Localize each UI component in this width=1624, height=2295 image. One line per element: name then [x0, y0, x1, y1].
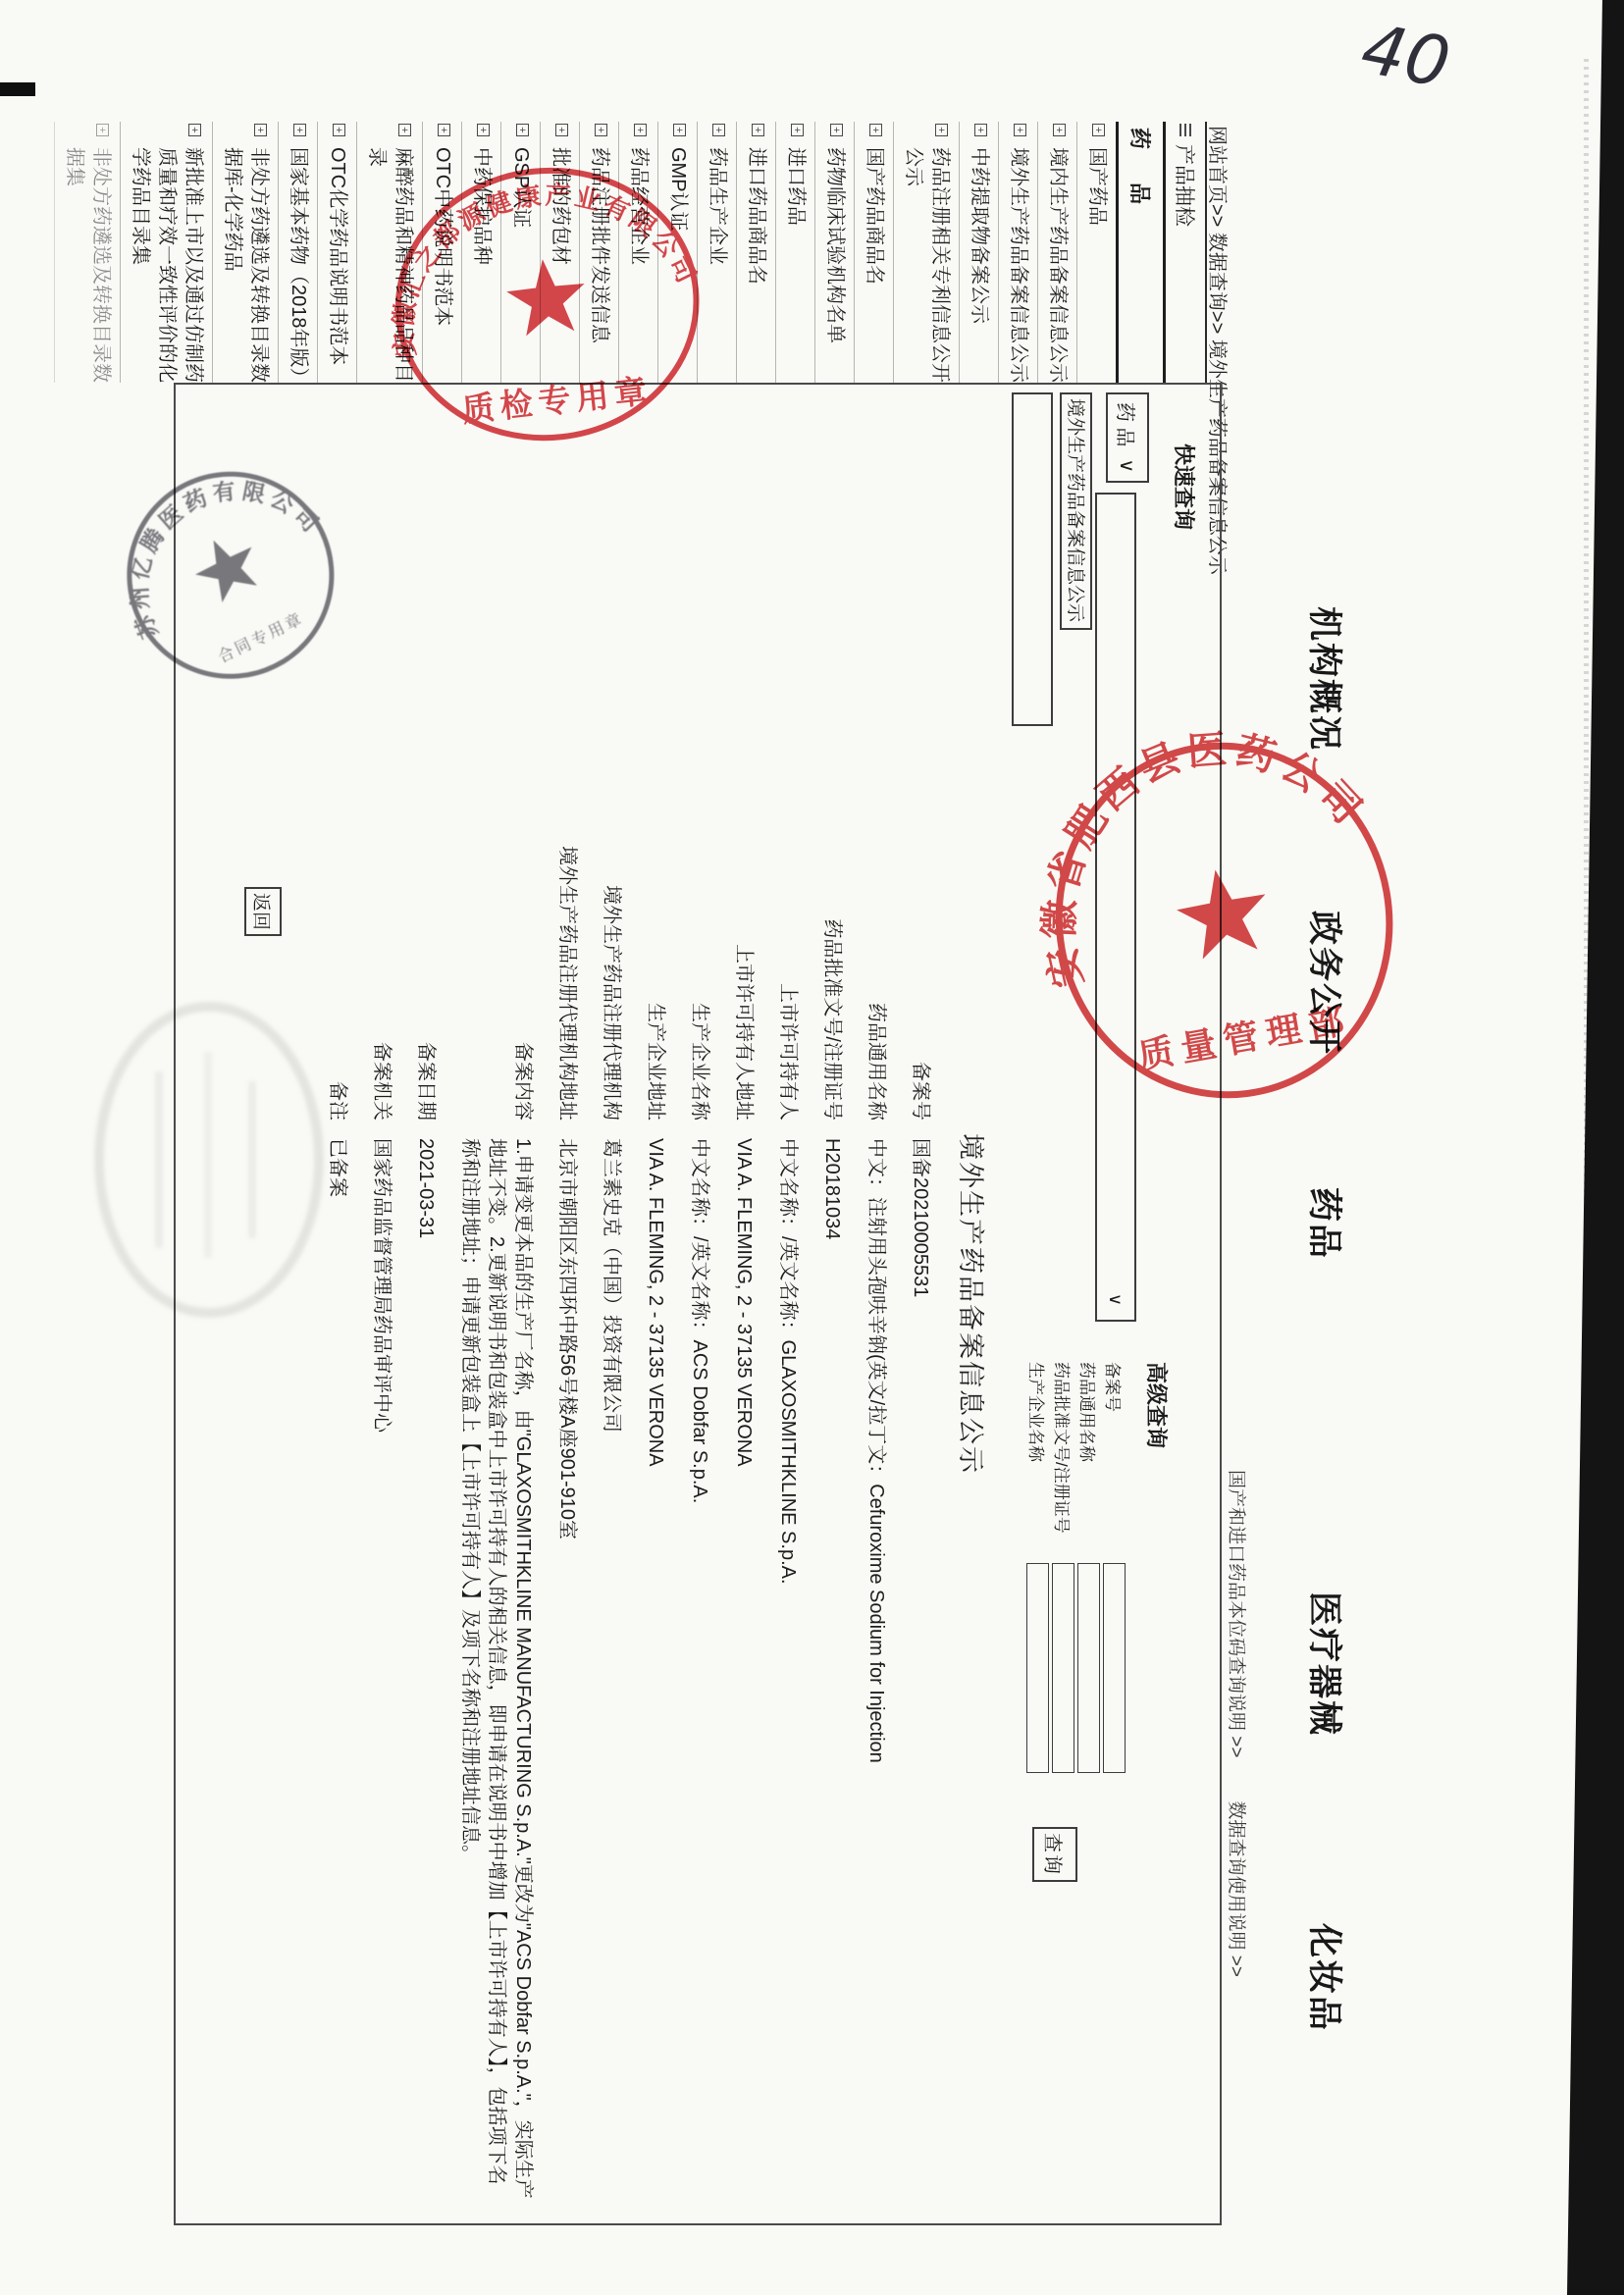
row-label: 备注 [315, 385, 359, 1138]
main-panel: 快速查询 药 品 ∨ ∨ 境外生产药品备案信息公示 高级查询 备案号 [174, 383, 1222, 2225]
quick-search-input[interactable] [1012, 392, 1053, 726]
row-value: VIA A. FLEMING, 2 - 37135 VERONA [633, 1138, 677, 2223]
expand-plus-icon[interactable] [96, 124, 109, 136]
sidebar-item[interactable]: 麻醉药品和精神药品品种目录 [356, 122, 422, 383]
table-row: 备案内容 1.申请变更本品的生产厂名称，由"GLAXOSMITHKLINE MA… [447, 385, 545, 2223]
row-label: 备案机关 [359, 385, 403, 1138]
table-row: 备案号 国备20210005531 [898, 385, 942, 2223]
row-label: 上市许可持有人 [765, 385, 810, 1138]
expand-plus-icon[interactable] [752, 124, 764, 136]
sidebar-item[interactable]: 药品注册相关专利信息公开公示 [893, 122, 959, 383]
back-button[interactable]: 返回 [244, 887, 282, 936]
table-row: 备注 已备案 [315, 385, 359, 2223]
row-label: 药品通用名称 [854, 385, 898, 1138]
expand-plus-icon[interactable] [935, 124, 948, 136]
printed-webpage: 机构概况政务公开药品医疗器械化妆品 国产和进口药品本位码查询说明 >>数据查询使… [0, 0, 1624, 2295]
row-label: 生产企业地址 [633, 385, 677, 1138]
sidebar-item[interactable]: 国产药品 [1076, 122, 1116, 383]
scanned-document: 机构概况政务公开药品医疗器械化妆品 国产和进口药品本位码查询说明 >>数据查询使… [0, 0, 1624, 2295]
expand-plus-icon[interactable] [712, 124, 725, 136]
nav-tab[interactable]: 政务公开 [1302, 911, 1351, 1056]
row-value: 2021-03-31 [403, 1138, 447, 2223]
row-value: 国家药品监督管理局药品审评中心 [359, 1138, 403, 2223]
sidebar-item-label: 药品经营企业 [628, 147, 650, 265]
sidebar-item[interactable]: 进口药品 [775, 122, 814, 383]
sidebar-header: 产品抽检 [1163, 122, 1207, 383]
utility-link[interactable]: 国产和进口药品本位码查询说明 >> [1226, 1470, 1246, 1757]
sidebar-item-label: 麻醉药品和精神药品品种目录 [366, 147, 414, 383]
sidebar-item[interactable]: GMP认证 [657, 122, 697, 383]
utility-links: 国产和进口药品本位码查询说明 >>数据查询使用说明 >> [1225, 1470, 1251, 2020]
sidebar-item-label: 国产药品商品名 [864, 147, 885, 285]
expand-plus-icon[interactable] [516, 124, 529, 136]
row-value: H20181034 [810, 1138, 854, 2223]
sidebar-item-label: 药品注册批件发送信息 [589, 147, 610, 343]
chevron-down-icon: ∨ [1116, 458, 1140, 473]
expand-plus-icon[interactable] [1053, 124, 1066, 136]
sidebar-item-label: GMP认证 [667, 147, 689, 232]
row-label: 生产企业名称 [677, 385, 721, 1138]
advanced-search-row: 备案号 [1102, 1362, 1126, 1931]
row-label: 境外生产药品注册代理机构地址 [545, 385, 589, 1138]
row-value: 中文名称：/英文名称：GLAXOSMITHKLINE S.p.A. [765, 1138, 810, 2223]
table-row: 境外生产药品注册代理机构地址 北京市朝阳区东四环中路56号楼A座901-910室 [545, 385, 589, 2223]
sidebar-item-label: 批准的药包材 [550, 147, 571, 265]
menu-grid-icon [1179, 124, 1191, 136]
scan-corner-mark [0, 82, 35, 96]
sidebar-item[interactable]: OTC中药说明书范本 [422, 122, 461, 383]
sidebar-item-label: GSP认证 [510, 147, 532, 228]
sidebar-item-label: 药物临床试验机构名单 [824, 147, 846, 343]
row-label: 上市许可持有人地址 [721, 385, 765, 1138]
row-label: 备案号 [898, 385, 942, 1138]
row-value: 1.申请变更本品的生产厂名称，由"GLAXOSMITHKLINE MANUFAC… [447, 1138, 545, 2223]
expand-plus-icon[interactable] [869, 124, 882, 136]
sidebar-item-label: OTC中药说明书范本 [432, 147, 453, 326]
expand-plus-icon[interactable] [438, 124, 450, 136]
sidebar-item[interactable]: 国家基本药物（2018年版） [278, 122, 317, 383]
sidebar-item[interactable]: 境内生产药品备案信息公示 [1037, 122, 1076, 383]
field-label: 生产企业名称 [1025, 1362, 1050, 1563]
row-value: 国备20210005531 [898, 1138, 942, 2223]
sidebar-item-label: 境外生产药品备案信息公示 [1008, 147, 1029, 383]
sidebar-item-label: 非处方药遴选及转换目录数据集 [64, 147, 112, 383]
sidebar-item[interactable]: 药品经营企业 [618, 122, 657, 383]
sidebar-item[interactable]: 药品生产企业 [697, 122, 736, 383]
handwritten-page-number: 40 [1355, 8, 1456, 103]
table-row: 生产企业名称 中文名称：/英文名称：ACS Dobfar S.p.A. [677, 385, 721, 2223]
table-row: 备案日期 2021-03-31 [403, 385, 447, 2223]
sidebar-item[interactable]: GSP认证 [500, 122, 540, 383]
row-label: 境外生产药品注册代理机构 [589, 385, 633, 1138]
chevron-down-icon: ∨ [1106, 1293, 1126, 1306]
sidebar-item[interactable]: 新批准上市以及通过仿制药质量和疗效一致性评价的化学药品目录集 [120, 122, 212, 383]
query-button[interactable]: 查询 [1032, 1827, 1077, 1882]
sidebar-item[interactable]: 中药保护品种 [461, 122, 500, 383]
sidebar-item-label: 非处方药遴选及转换目录数据库-化学药品 [222, 147, 270, 383]
sidebar-item-label: 药品生产企业 [707, 147, 728, 265]
sidebar-item[interactable]: 非处方药遴选及转换目录数据集 [54, 122, 120, 383]
table-row: 药品批准文号/注册证号 H20181034 [810, 385, 854, 2223]
sidebar-item-label: 国产药品 [1086, 147, 1108, 226]
sidebar-item-list: 国产药品 境内生产药品备案信息公示 境外生产药品备案信息公示 中 [54, 122, 1116, 383]
row-value: 已备案 [315, 1138, 359, 2223]
table-row: 境外生产药品注册代理机构 葛兰素史克（中国）投资有限公司 [589, 385, 633, 2223]
sidebar-item[interactable]: 非处方药遴选及转换目录数据库-化学药品 [212, 122, 278, 383]
sidebar-item[interactable]: 药品注册批件发送信息 [579, 122, 618, 383]
expand-plus-icon[interactable] [1014, 124, 1026, 136]
selected-category-item[interactable]: 境外生产药品备案信息公示 [1060, 392, 1092, 630]
field-label: 药品批准文号/注册证号 [1051, 1362, 1075, 1563]
row-value: 北京市朝阳区东四环中路56号楼A座901-910室 [545, 1138, 589, 2223]
sidebar-item[interactable]: 批准的药包材 [540, 122, 579, 383]
expand-plus-icon[interactable] [830, 124, 843, 136]
sidebar-item-label: 境内生产药品备案信息公示 [1047, 147, 1069, 383]
expand-plus-icon[interactable] [673, 124, 686, 136]
sidebar-item[interactable]: 境外生产药品备案信息公示 [998, 122, 1037, 383]
nav-tab[interactable]: 医疗器械 [1302, 1591, 1351, 1737]
sidebar-item-label: 新批准上市以及通过仿制药质量和疗效一致性评价的化学药品目录集 [130, 147, 204, 383]
quick-search-select[interactable]: ∨ [1095, 493, 1136, 1322]
sidebar-item-label: 进口药品商品名 [746, 147, 767, 285]
sidebar-item-label: 进口药品 [785, 147, 807, 226]
row-value: 中文名称：/英文名称：ACS Dobfar S.p.A. [677, 1138, 721, 2223]
expand-plus-icon[interactable] [1092, 124, 1105, 136]
expand-plus-icon[interactable] [595, 124, 607, 136]
expand-plus-icon[interactable] [398, 124, 411, 136]
expand-plus-icon[interactable] [254, 124, 267, 136]
sidebar-item-label: 国家基本药物（2018年版） [288, 147, 309, 383]
table-row: 药品通用名称 中文：注射用头孢呋辛钠(英文/拉丁文：Cefuroxime Sod… [854, 385, 898, 2223]
advanced-search-title: 高级查询 [1142, 1362, 1173, 1931]
top-navbar: 机构概况政务公开药品医疗器械化妆品 [1308, 0, 1351, 2295]
table-row: 上市许可持有人地址 VIA A. FLEMING, 2 - 37135 VERO… [721, 385, 765, 2223]
detail-table: 备案号 国备20210005531 药品通用名称 中文：注射用头孢呋辛钠(英文/… [315, 385, 942, 2223]
sidebar-item-label: 药品注册相关专利信息公开公示 [903, 147, 951, 383]
row-value: 中文：注射用头孢呋辛钠(英文/拉丁文：Cefuroxime Sodium for… [854, 1138, 898, 2223]
nav-tab[interactable]: 药品 [1302, 1187, 1351, 1260]
sidebar: 产品抽检 药 品 国产药品 境内生产药品备案信息公示 [0, 122, 1207, 383]
quick-search-title: 快速查询 [1170, 443, 1200, 530]
category-dropdown-value: 药 品 [1114, 402, 1142, 447]
nav-tab[interactable]: 化妆品 [1302, 1923, 1351, 2032]
expand-plus-icon[interactable] [555, 124, 568, 136]
expand-plus-icon[interactable] [791, 124, 804, 136]
utility-link[interactable]: 数据查询使用说明 >> [1226, 1800, 1246, 1976]
sidebar-item-label: 中药保护品种 [471, 147, 493, 265]
nav-tab[interactable]: 机构概况 [1302, 606, 1351, 752]
sidebar-item-label: OTC化学药品说明书范本 [327, 147, 348, 365]
expand-plus-icon[interactable] [477, 124, 490, 136]
field-label: 药品通用名称 [1076, 1362, 1101, 1563]
table-row: 备案机关 国家药品监督管理局药品审评中心 [359, 385, 403, 2223]
sidebar-item[interactable]: 国产药品商品名 [854, 122, 893, 383]
sidebar-item-label: 中药提取物备案公示 [969, 147, 990, 324]
sidebar-header-label: 产品抽检 [1171, 144, 1200, 227]
row-label: 备案内容 [447, 385, 545, 1138]
expand-plus-icon[interactable] [974, 124, 987, 136]
sidebar-item[interactable]: 药物临床试验机构名单 [814, 122, 854, 383]
expand-plus-icon[interactable] [333, 124, 345, 136]
category-dropdown[interactable]: 药 品 ∨ [1106, 392, 1149, 483]
field-label: 备案号 [1102, 1362, 1126, 1563]
expand-plus-icon[interactable] [188, 124, 201, 136]
field-input[interactable] [1103, 1563, 1126, 1773]
sidebar-item[interactable]: 进口药品商品名 [736, 122, 775, 383]
row-value: 葛兰素史克（中国）投资有限公司 [589, 1138, 633, 2223]
sidebar-tab-drug[interactable]: 药 品 [1116, 122, 1163, 383]
sidebar-item[interactable]: 中药提取物备案公示 [959, 122, 998, 383]
page-title: 境外生产药品备案信息公示 [954, 385, 992, 2223]
field-input[interactable] [1052, 1563, 1074, 1773]
table-row: 上市许可持有人 中文名称：/英文名称：GLAXOSMITHKLINE S.p.A… [765, 385, 810, 2223]
expand-plus-icon[interactable] [293, 124, 306, 136]
row-label: 备案日期 [403, 385, 447, 1138]
row-value: VIA A. FLEMING, 2 - 37135 VERONA [721, 1138, 765, 2223]
table-row: 生产企业地址 VIA A. FLEMING, 2 - 37135 VERONA [633, 385, 677, 2223]
row-label: 药品批准文号/注册证号 [810, 385, 854, 1138]
field-input[interactable] [1077, 1563, 1100, 1773]
sidebar-item[interactable]: OTC化学药品说明书范本 [317, 122, 356, 383]
expand-plus-icon[interactable] [634, 124, 647, 136]
advanced-search-row: 药品通用名称 [1076, 1362, 1101, 1931]
field-input[interactable] [1026, 1563, 1049, 1773]
